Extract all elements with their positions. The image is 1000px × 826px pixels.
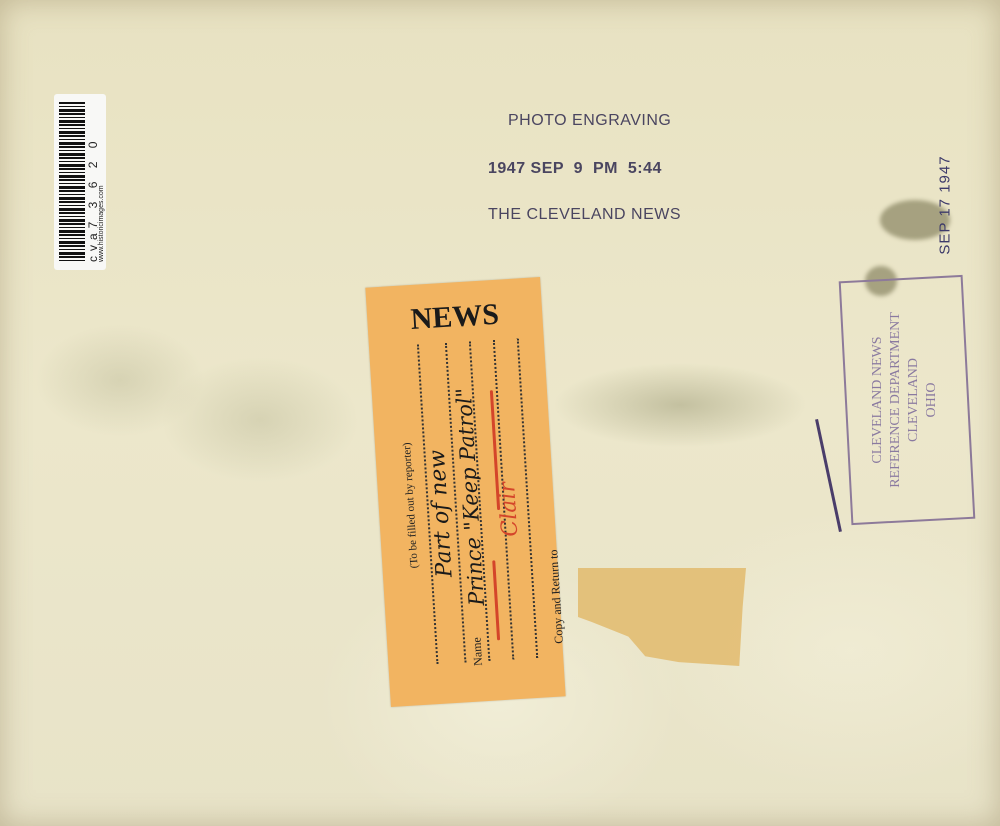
paper-edge-shadow (0, 0, 1000, 826)
